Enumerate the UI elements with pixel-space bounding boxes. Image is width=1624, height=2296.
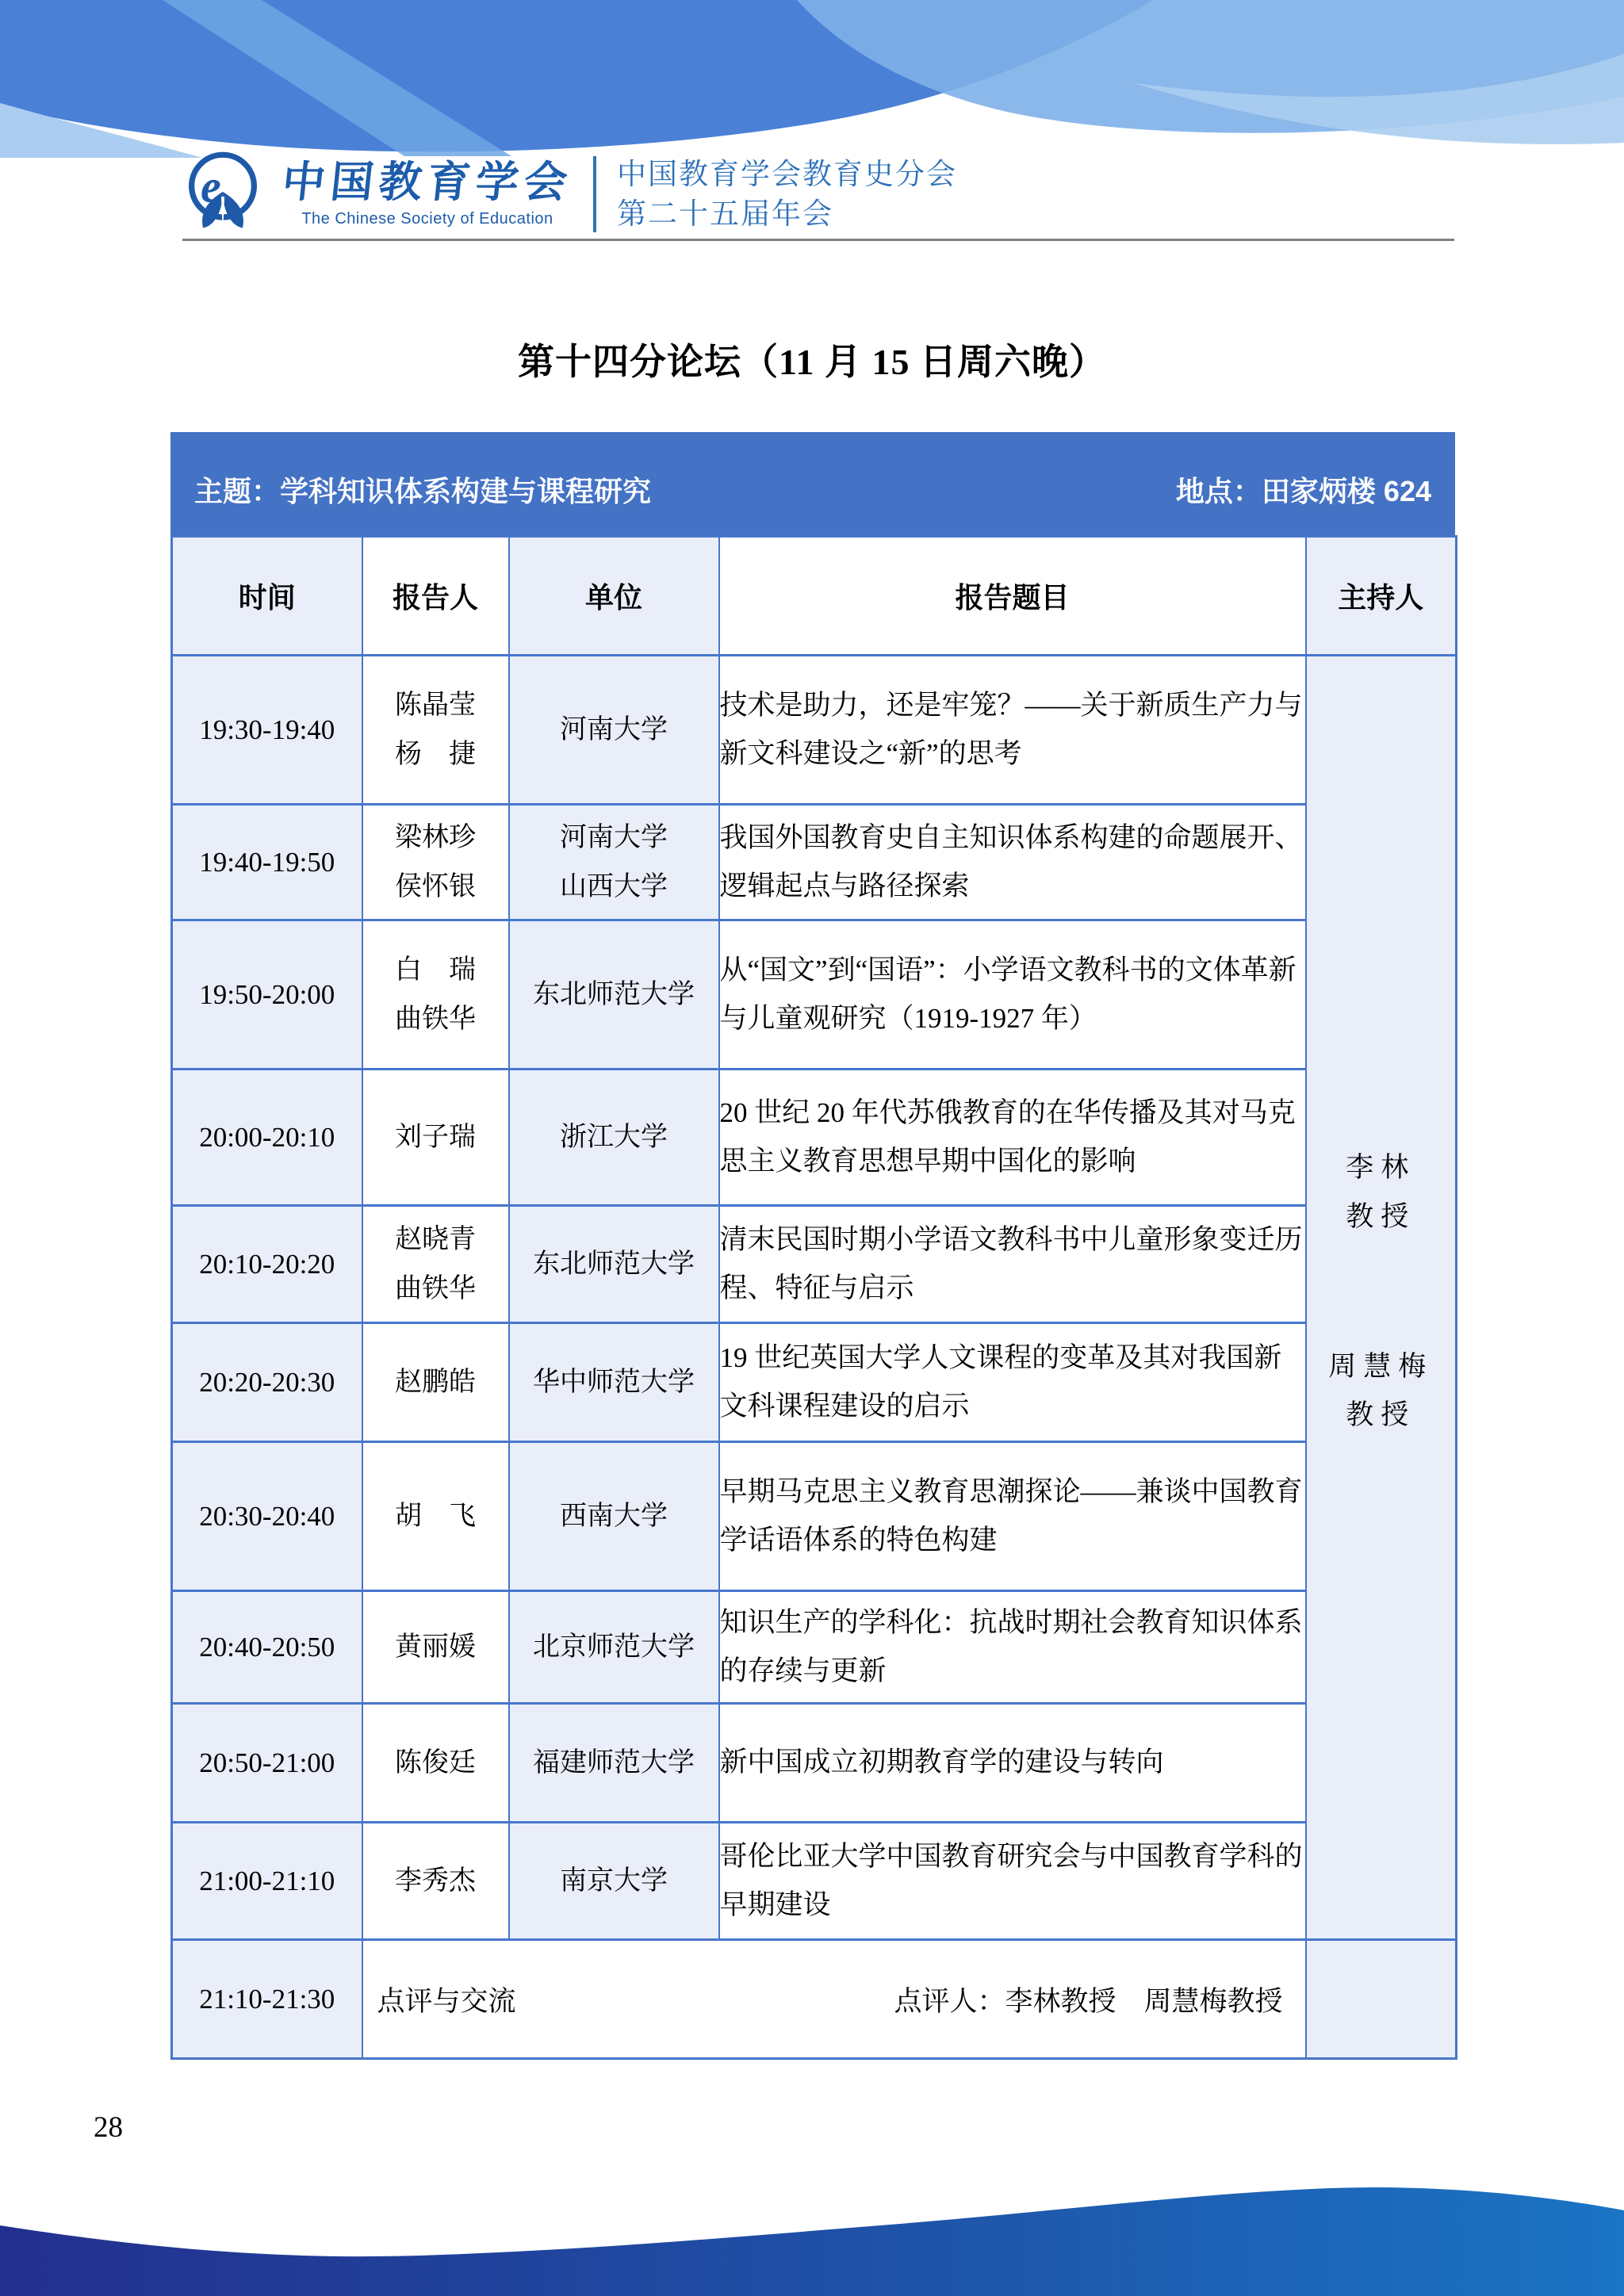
cell-time: 19:30-19:40 (172, 656, 362, 805)
cell-presenter: 李秀杰 (362, 1823, 509, 1940)
cell-topic: 技术是助力，还是牢笼？——关于新质生产力与新文科建设之“新”的思考 (719, 656, 1306, 805)
banner-theme: 主题：学科知识体系构建与课程研究 (194, 469, 651, 510)
cell-presenter: 胡 飞 (362, 1442, 509, 1591)
table-row: 20:50-21:00 陈俊廷 福建师范大学 新中国成立初期教育学的建设与转向 (172, 1704, 1457, 1823)
moderator-name: 周慧梅 教授 (1307, 1342, 1456, 1440)
review-commentators: 点评人：李林教授 周慧梅教授 (894, 1980, 1282, 2019)
cell-time: 20:20-20:30 (172, 1323, 362, 1442)
cell-topic: 知识生产的学科化：抗战时期社会教育知识体系的存续与更新 (719, 1591, 1306, 1704)
cell-time: 21:10-21:30 (172, 1940, 362, 2059)
cell-time: 19:40-19:50 (172, 805, 362, 920)
cell-affiliation: 河南大学 山西大学 (509, 805, 719, 920)
table-row-review: 21:10-21:30 点评与交流 点评人：李林教授 周慧梅教授 (172, 1940, 1457, 2059)
cell-topic: 清末民国时期小学语文教科书中儿童形象变迁历程、特征与启示 (719, 1206, 1306, 1323)
brand-text-block: 中国教育学会 The Chinese Society of Education (282, 160, 573, 228)
cell-affiliation: 华中师范大学 (509, 1323, 719, 1442)
cell-topic: 早期马克思主义教育思潮探论——兼谈中国教育学话语体系的特色构建 (719, 1442, 1306, 1591)
cell-presenter: 赵晓青 曲铁华 (362, 1206, 509, 1323)
table-row: 21:00-21:10 李秀杰 南京大学 哥伦比亚大学中国教育研究会与中国教育学… (172, 1823, 1457, 1940)
review-activity: 点评与交流 (377, 1980, 516, 2019)
cell-presenter: 陈晶莹 杨 捷 (362, 656, 509, 805)
header-rule (182, 239, 1454, 241)
table-row: 20:00-20:10 刘子瑞 浙江大学 20 世纪 20 年代苏俄教育的在华传… (172, 1070, 1457, 1206)
branch-line-1: 中国教育学会教育史分会 (617, 155, 957, 194)
table-row: 20:10-20:20 赵晓青 曲铁华 东北师范大学 清末民国时期小学语文教科书… (172, 1206, 1457, 1323)
cell-presenter: 赵鹏皓 (362, 1323, 509, 1442)
cell-affiliation: 浙江大学 (509, 1070, 719, 1206)
cell-time: 20:40-20:50 (172, 1591, 362, 1704)
col-header-affiliation: 单位 (509, 537, 719, 656)
cell-moderator-empty (1306, 1940, 1457, 2059)
cell-affiliation: 北京师范大学 (509, 1591, 719, 1704)
cell-topic: 20 世纪 20 年代苏俄教育的在华传播及其对马克思主义教育思想早期中国化的影响 (719, 1070, 1306, 1206)
branch-line-2: 第二十五届年会 (617, 194, 957, 234)
cell-time: 20:30-20:40 (172, 1442, 362, 1591)
cell-affiliation: 东北师范大学 (509, 920, 719, 1070)
cell-topic: 从“国文”到“国语”：小学语文教科书的文体革新与儿童观研究（1919-1927 … (719, 920, 1306, 1070)
cell-affiliation: 福建师范大学 (509, 1704, 719, 1823)
cell-time: 19:50-20:00 (172, 920, 362, 1070)
cell-presenter: 梁林珍 侯怀银 (362, 805, 509, 920)
banner-location: 地点：田家炳楼 624 (1176, 469, 1431, 510)
table-row: 19:40-19:50 梁林珍 侯怀银 河南大学 山西大学 我国外国教育史自主知… (172, 805, 1457, 920)
cell-moderators: 李林 教授 周慧梅 教授 (1306, 656, 1457, 1940)
table-header-row: 时间 报告人 单位 报告题目 主持人 (172, 537, 1457, 656)
col-header-topic: 报告题目 (719, 537, 1306, 656)
cell-affiliation: 南京大学 (509, 1823, 719, 1940)
branch-title-block: 中国教育学会教育史分会 第二十五届年会 (617, 155, 957, 234)
table-row: 20:40-20:50 黄丽媛 北京师范大学 知识生产的学科化：抗战时期社会教育… (172, 1591, 1457, 1704)
cell-presenter: 黄丽媛 (362, 1591, 509, 1704)
cell-time: 21:00-21:10 (172, 1823, 362, 1940)
brand-name-en: The Chinese Society of Education (301, 210, 553, 228)
theme-banner: 主题：学科知识体系构建与课程研究 地点：田家炳楼 624 (170, 432, 1455, 535)
moderator-name: 李林 教授 (1307, 1143, 1456, 1241)
document-page: e 中国教育学会 The Chinese Society of Educatio… (0, 0, 1624, 2296)
col-header-presenter: 报告人 (362, 537, 509, 656)
cell-review: 点评与交流 点评人：李林教授 周慧梅教授 (362, 1940, 1306, 2059)
col-header-moderator: 主持人 (1306, 537, 1457, 656)
table-row: 20:20-20:30 赵鹏皓 华中师范大学 19 世纪英国大学人文课程的变革及… (172, 1323, 1457, 1442)
forum-content: 主题：学科知识体系构建与课程研究 地点：田家炳楼 624 时间 报告人 单位 报… (170, 432, 1455, 2060)
cell-topic: 我国外国教育史自主知识体系构建的命题展开、逻辑起点与路径探索 (719, 805, 1306, 920)
table-row: 19:50-20:00 白 瑞 曲铁华 东北师范大学 从“国文”到“国语”：小学… (172, 920, 1457, 1070)
brand-name-zh: 中国教育学会 (280, 160, 575, 205)
table-row: 20:30-20:40 胡 飞 西南大学 早期马克思主义教育思潮探论——兼谈中国… (172, 1442, 1457, 1591)
bottom-wave-decoration (0, 2050, 1624, 2296)
cell-affiliation: 西南大学 (509, 1442, 719, 1591)
cell-topic: 新中国成立初期教育学的建设与转向 (719, 1704, 1306, 1823)
cse-logo-icon: e (181, 149, 265, 239)
top-wave-decoration (0, 0, 1624, 159)
schedule-table: 时间 报告人 单位 报告题目 主持人 19:30-19:40 陈晶莹 杨 捷 河… (170, 535, 1457, 2060)
brand-header: e 中国教育学会 The Chinese Society of Educatio… (181, 149, 957, 239)
page-title: 第十四分论坛（11 月 15 日周六晚） (0, 333, 1624, 385)
cell-time: 20:00-20:10 (172, 1070, 362, 1206)
col-header-time: 时间 (172, 537, 362, 656)
cell-time: 20:10-20:20 (172, 1206, 362, 1323)
cell-topic: 19 世纪英国大学人文课程的变革及其对我国新文科课程建设的启示 (719, 1323, 1306, 1442)
cell-presenter: 白 瑞 曲铁华 (362, 920, 509, 1070)
cell-presenter: 刘子瑞 (362, 1070, 509, 1206)
cell-affiliation: 东北师范大学 (509, 1206, 719, 1323)
cell-presenter: 陈俊廷 (362, 1704, 509, 1823)
brand-divider (593, 156, 596, 232)
table-row: 19:30-19:40 陈晶莹 杨 捷 河南大学 技术是助力，还是牢笼？——关于… (172, 656, 1457, 805)
cell-topic: 哥伦比亚大学中国教育研究会与中国教育学科的早期建设 (719, 1823, 1306, 1940)
cell-time: 20:50-21:00 (172, 1704, 362, 1823)
cell-affiliation: 河南大学 (509, 656, 719, 805)
